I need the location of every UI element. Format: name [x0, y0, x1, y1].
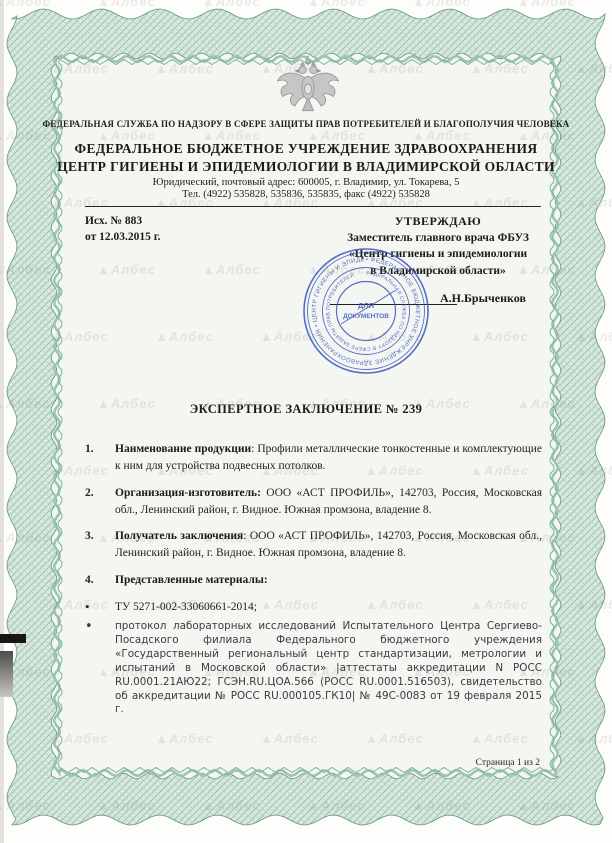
- bullet-marker: •: [85, 620, 115, 717]
- list-item: 3. Получатель заключения: ООО «АСТ ПРОФИ…: [85, 528, 542, 561]
- list-item: 4. Представленные материалы:: [85, 572, 542, 589]
- item-label: Организация-изготовитель:: [115, 487, 261, 499]
- approval-title: УТВЕРЖДАЮ: [332, 213, 544, 230]
- item-number: 1.: [85, 441, 115, 474]
- page-number-label: Страница 1 из 2: [300, 758, 540, 768]
- bullet-item: • протокол лабораторных исследований Исп…: [85, 620, 542, 717]
- official-round-stamp: • ФЕДЕРАЛЬНОЕ БЮДЖЕТНОЕ УЧРЕЖДЕНИЕ ЗДРАВ…: [301, 246, 431, 376]
- bullet-item: • ТУ 5271-002-33060661-2014;: [85, 599, 542, 616]
- stamp-ring-text-inner: ФЕДЕРАЛЬНАЯ СЛУЖБА ПО НАДЗОРУ В СФЕРЕ ЗА…: [325, 270, 406, 351]
- item-number: 3.: [85, 528, 115, 561]
- bullet-text: ТУ 5271-002-33060661-2014;: [115, 599, 542, 616]
- scan-artifact-dark: [0, 634, 26, 643]
- item-label: Наименование продукции: [115, 443, 251, 455]
- approval-line1: Заместитель главного врача ФБУЗ: [332, 230, 544, 247]
- scanned-document-page: ▲Албес▲Албес▲Албес▲Албес▲Албес▲Албес▲Алб…: [0, 0, 612, 843]
- item-label: Представленные материалы:: [115, 574, 268, 586]
- institution-address: Юридический, почтовый адрес: 600005, г. …: [36, 177, 576, 188]
- ref-date: от 12.03.2015 г.: [85, 229, 161, 245]
- ref-number: Исх. № 883: [85, 213, 161, 229]
- bullet-text: протокол лабораторных исследований Испыт…: [115, 620, 542, 717]
- institution-name-line1: ФЕДЕРАЛЬНОЕ БЮДЖЕТНОЕ УЧРЕЖДЕНИЕ ЗДРАВОО…: [36, 141, 576, 157]
- outgoing-ref-block: Исх. № 883 от 12.03.2015 г.: [85, 213, 161, 245]
- header-divider: [85, 206, 541, 207]
- item-label: Получатель заключения: [115, 530, 243, 542]
- item-number: 4.: [85, 572, 115, 589]
- institution-name-line2: ЦЕНТР ГИГИЕНЫ И ЭПИДЕМИОЛОГИИ В ВЛАДИМИР…: [36, 159, 576, 175]
- document-title: ЭКСПЕРТНОЕ ЗАКЛЮЧЕНИЕ № 239: [36, 402, 576, 417]
- svg-text:ФЕДЕРАЛЬНАЯ СЛУЖБА ПО НАДЗОРУ: ФЕДЕРАЛЬНАЯ СЛУЖБА ПО НАДЗОРУ В СФЕРЕ ЗА…: [325, 270, 406, 351]
- list-item: 2. Организация-изготовитель: ООО «АСТ ПР…: [85, 485, 542, 518]
- stamp-center-line1: ДЛЯ: [358, 301, 374, 310]
- double-headed-eagle-icon: [274, 55, 342, 119]
- scan-artifact-gray: [0, 651, 13, 697]
- stamp-center-line2: ДОКУМЕНТОВ: [343, 313, 389, 320]
- list-item: 1. Наименование продукции: Профили метал…: [85, 441, 542, 474]
- bullet-marker: •: [85, 599, 115, 616]
- signer-name: А.Н.Брыченков: [440, 291, 526, 306]
- federal-service-line: ФЕДЕРАЛЬНАЯ СЛУЖБА ПО НАДЗОРУ В СФЕРЕ ЗА…: [40, 119, 572, 129]
- institution-phone: Тел. (4922) 535828, 535836, 535835, факс…: [36, 189, 576, 200]
- item-number: 2.: [85, 485, 115, 518]
